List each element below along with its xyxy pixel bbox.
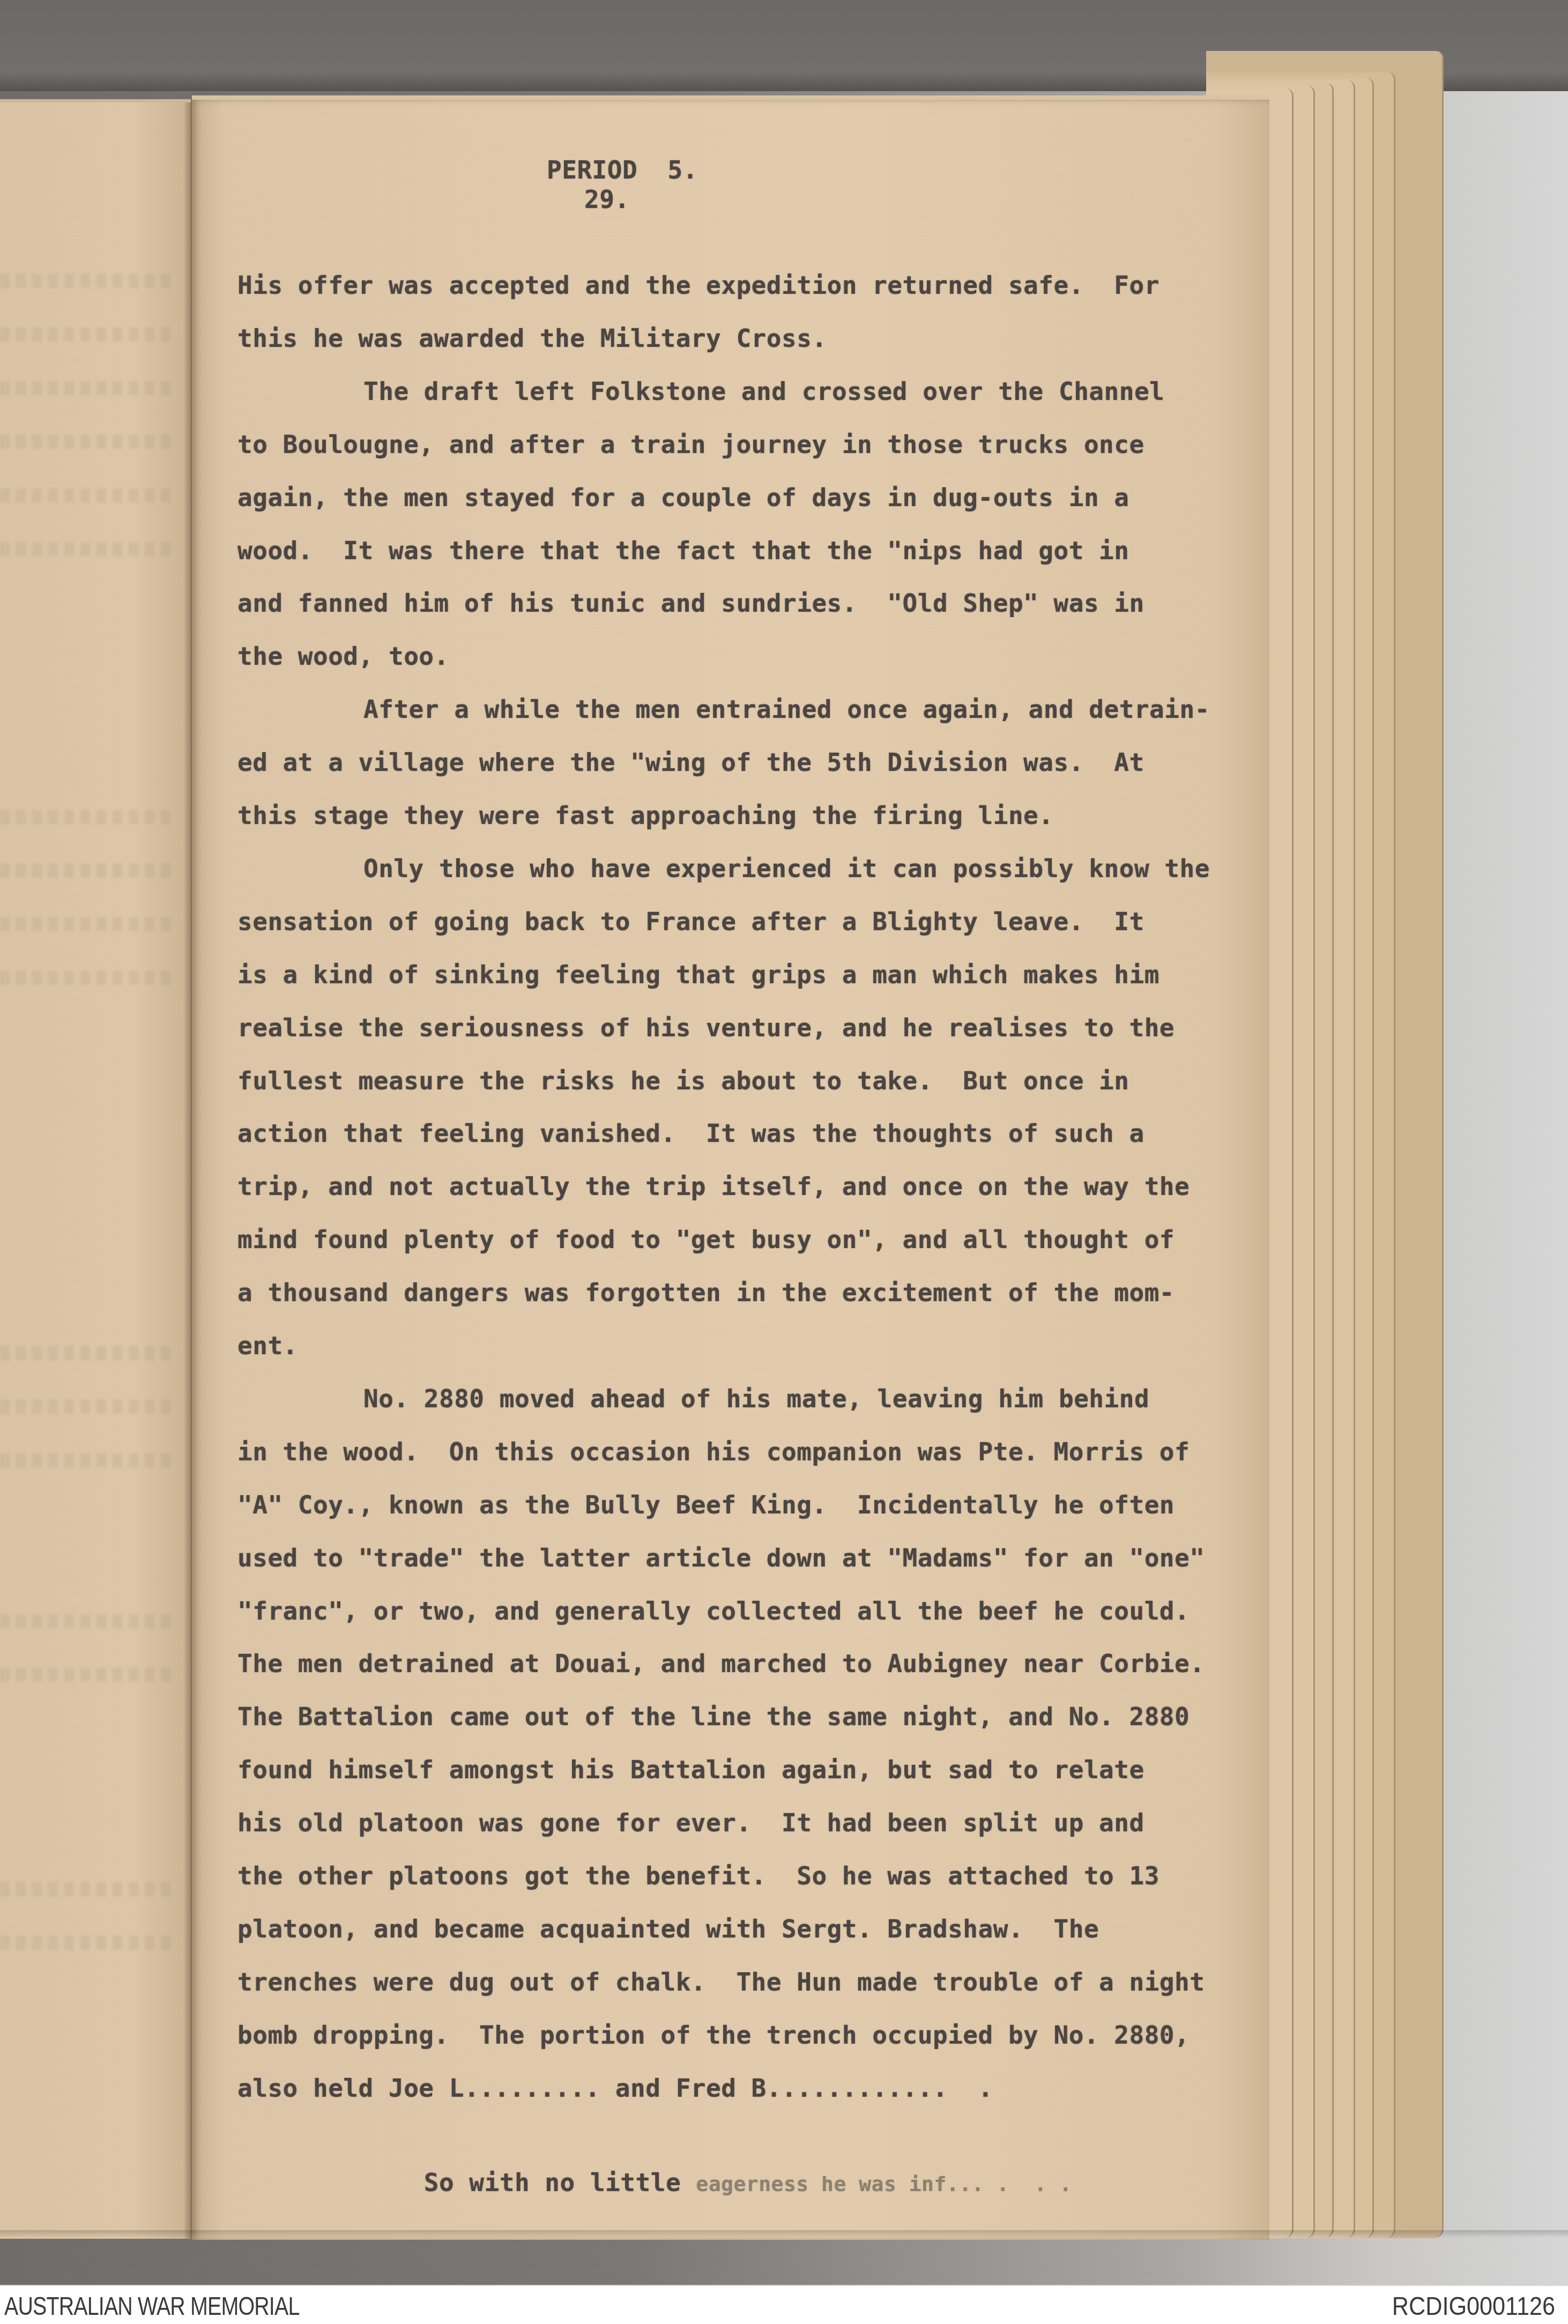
bleed-through-text <box>0 274 177 288</box>
typed-line: in the wood. On this occasion his compan… <box>237 1437 1190 1466</box>
typed-line: "franc", or two, and generally collected… <box>237 1597 1190 1625</box>
typed-line: to Boulougne, and after a train journey … <box>237 430 1145 459</box>
typed-line: bomb dropping. The portion of the trench… <box>237 2021 1190 2050</box>
typed-line: No. 2880 moved ahead of his mate, leavin… <box>363 1384 1149 1413</box>
typed-line: sensation of going back to France after … <box>237 907 1145 936</box>
typed-line: also held Joe L......... and Fred B.....… <box>237 2074 993 2103</box>
typed-line: the wood, too. <box>237 642 449 671</box>
typed-line: wood. It was there that the fact that th… <box>237 536 1129 565</box>
typed-line: platoon, and became acquainted with Serg… <box>237 1914 1099 1943</box>
typed-line: "A" Coy., known as the Bully Beef King. … <box>237 1490 1175 1519</box>
typed-line: and fanned him of his tunic and sundries… <box>237 589 1145 618</box>
bleed-through-text <box>0 488 177 502</box>
typed-line: this he was awarded the Military Cross. <box>237 324 827 353</box>
bleed-through-text <box>0 381 177 395</box>
page-number: 29. <box>584 185 630 214</box>
bleed-through-text <box>0 1453 177 1467</box>
bleed-through-text <box>0 1400 177 1414</box>
typed-line: fullest measure the risks he is about to… <box>237 1066 1129 1095</box>
typed-line: found himself amongst his Battalion agai… <box>237 1755 1145 1784</box>
bleed-through-text <box>0 1614 177 1628</box>
typed-line: his old platoon was gone for ever. It ha… <box>237 1808 1145 1837</box>
bleed-through-text <box>0 1346 177 1360</box>
last-line-clear: So with no little <box>424 2168 696 2197</box>
bleed-through-text <box>0 435 177 449</box>
typed-line: trenches were dug out of chalk. The Hun … <box>237 1967 1205 1996</box>
typed-line: The Battalion came out of the line the s… <box>237 1702 1190 1731</box>
bleed-through-text <box>0 328 177 341</box>
bleed-through-text <box>0 810 177 824</box>
typed-line: trip, and not actually the trip itself, … <box>237 1172 1190 1201</box>
footer-record-id: RCDIG0001126 <box>1392 2292 1555 2321</box>
period-heading: PERIOD 5. <box>547 155 698 184</box>
left-page <box>0 99 191 2239</box>
page-bottom-shadow <box>0 2230 1568 2238</box>
typed-line: After a while the men entrained once aga… <box>363 695 1210 724</box>
typed-line: realise the seriousness of his venture, … <box>237 1013 1175 1042</box>
typed-line: is a kind of sinking feeling that grips … <box>237 960 1160 989</box>
bleed-through-text <box>0 1936 177 1950</box>
bleed-through-text <box>0 971 177 985</box>
bleed-through-text <box>0 542 177 556</box>
last-line-faded: eagerness he was inf... . . . <box>696 2172 1072 2196</box>
bleed-through-text <box>0 864 177 878</box>
bleed-through-text <box>0 917 177 931</box>
typed-line: mind found plenty of food to "get busy o… <box>237 1225 1175 1254</box>
typed-line: The men detrained at Douai, and marched … <box>237 1649 1205 1678</box>
typed-line: again, the men stayed for a couple of da… <box>237 483 1129 512</box>
typed-line: ed at a village where the "wing of the 5… <box>237 748 1145 777</box>
typed-line: this stage they were fast approaching th… <box>237 801 1054 830</box>
typed-line: ent. <box>237 1331 298 1360</box>
typed-line: His offer was accepted and the expeditio… <box>237 271 1160 300</box>
typed-line: used to "trade" the latter article down … <box>237 1543 1205 1572</box>
bleed-through-text <box>0 1668 177 1682</box>
footer-institution: AUSTRALIAN WAR MEMORIAL <box>4 2292 299 2321</box>
typed-line: The draft left Folkstone and crossed ove… <box>363 377 1164 406</box>
typed-line: a thousand dangers was forgotten in the … <box>237 1278 1175 1307</box>
typed-line: the other platoons got the benefit. So h… <box>237 1861 1160 1890</box>
typed-line: Only those who have experienced it can p… <box>363 854 1210 883</box>
bleed-through-text <box>0 1882 177 1896</box>
typed-line: action that feeling vanished. It was the… <box>237 1119 1145 1148</box>
typed-line-partial: So with no little eagerness he was inf..… <box>363 2139 1072 2226</box>
scan-background: PERIOD 5. 29. His offer was accepted and… <box>0 0 1568 2285</box>
